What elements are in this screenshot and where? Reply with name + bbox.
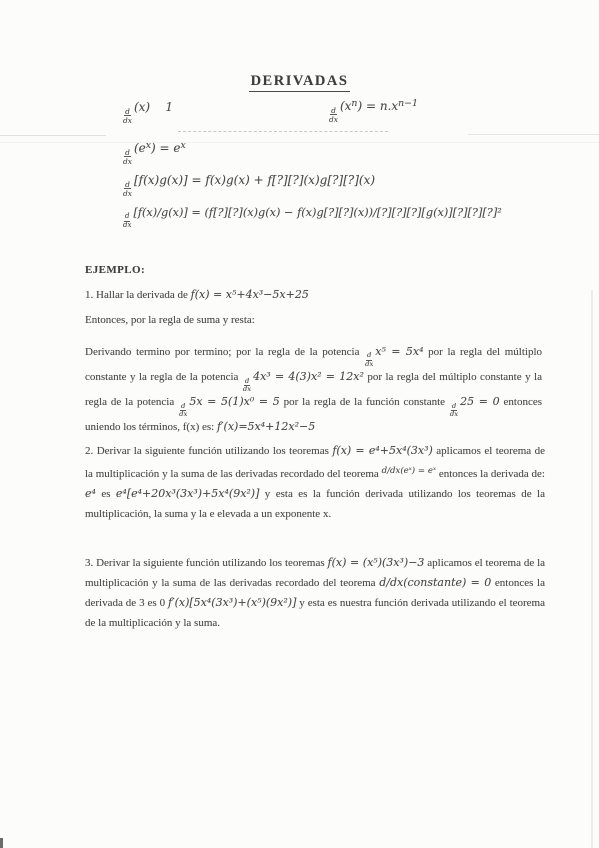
scan-artifact-line-left	[0, 135, 106, 136]
text-run: por la regla de la función constante	[280, 396, 449, 408]
inline-math: [f(x)g(x)] = f(x)g(x) + f[?][?](x)g[?][?…	[134, 173, 375, 187]
fraction-d-dx: ddx	[450, 403, 458, 419]
inline-math: ) = e	[151, 141, 180, 155]
problem-3-paragraph: 3. Derivar la siguiente función utilizan…	[85, 553, 545, 633]
inline-math: n−1	[398, 98, 418, 109]
fraction-d-dx: ddx	[123, 181, 132, 198]
formula-identity-rule: ddx(x) 1	[122, 100, 173, 125]
formula-quotient-rule: ddx[f(x)/g(x)] = (f[?][?](x)g(x) − f(x)g…	[122, 206, 502, 230]
inline-math: 4x³ = 4(3)x² = 12x²	[253, 370, 364, 383]
scan-artifact-line-wide	[0, 142, 599, 143]
text-run: Derivando termino por termino; por la re…	[85, 346, 364, 358]
inline-math: 5x = 5(1)x⁰ = 5	[189, 395, 279, 408]
inline-math: e⁴[e⁴+20x³(3x³)+5x⁴(9x²)]	[116, 487, 259, 500]
fraction-d-dx: ddx	[123, 213, 131, 229]
scan-artifact-corner-mark	[0, 838, 3, 848]
text-run: entonces la derivada de:	[436, 468, 545, 480]
scan-artifact-line-right	[468, 134, 599, 135]
problem-2-paragraph: 2. Derivar la siguiente función utilizan…	[85, 441, 545, 524]
problem-1-intro: Entonces, por la regla de suma y resta:	[85, 314, 255, 326]
document-title: DERIVADAS	[249, 73, 351, 92]
inline-math: ) = n.x	[357, 99, 398, 113]
text-run: es	[96, 488, 116, 500]
problem-1-statement: 1. Hallar la derivada de f(x) = x⁵+4x³−5…	[85, 288, 309, 301]
inline-math: d/dx(eˣ) = eˣ	[382, 466, 436, 476]
text-run: 2. Derivar la siguiente función utilizan…	[85, 445, 332, 457]
formula-power-rule: ddx(xn) = n.xn−1	[328, 98, 418, 124]
text-run: 1. Hallar la derivada de	[85, 289, 191, 301]
fraction-d-dx: ddx	[243, 378, 251, 394]
inline-math: x⁵ = 5x⁴	[375, 345, 423, 358]
inline-math: e⁴	[85, 487, 96, 500]
inline-math: d/dx(constante) = 0	[379, 576, 491, 589]
inline-math: (e	[134, 141, 146, 155]
scan-artifact-dashed-line	[178, 131, 388, 132]
inline-math: f′(x)[5x⁴(3x³)+(x⁵)(9x²)]	[168, 596, 296, 609]
inline-math: [f(x)/g(x)] = (f[?][?](x)g(x) − f(x)g[?]…	[133, 206, 501, 219]
inline-math: (x	[340, 99, 351, 113]
title-row: DERIVADAS	[0, 72, 599, 92]
inline-math: f(x) = (x⁵)(3x³)−3	[328, 556, 425, 569]
scan-artifact-page-edge	[591, 290, 593, 848]
inline-math: (x) 1	[134, 100, 173, 114]
fraction-d-dx: ddx	[179, 403, 187, 419]
example-heading: EJEMPLO:	[85, 264, 145, 276]
formula-product-rule: ddx[f(x)g(x)] = f(x)g(x) + f[?][?](x)g[?…	[122, 173, 375, 198]
inline-math: f(x) = x⁵+4x³−5x+25	[191, 288, 309, 301]
inline-math: x	[181, 140, 186, 151]
formula-exponential-rule: ddx(ex) = ex	[122, 140, 186, 166]
problem-1-solution-paragraph: Derivando termino por termino; por la re…	[85, 343, 542, 437]
fraction-d-dx: ddx	[365, 352, 373, 368]
fraction-d-dx: ddx	[123, 149, 132, 166]
scanned-document-page: DERIVADAS ddx(x) 1 ddx(xn) = n.xn−1 ddx(…	[0, 0, 599, 848]
inline-math: f′(x)=5x⁴+12x²−5	[217, 420, 315, 433]
inline-math: f(x) = e⁴+5x⁴(3x³)	[332, 444, 432, 457]
inline-math: 25 = 0	[460, 395, 500, 408]
text-run: 3. Derivar la siguiente función utilizan…	[85, 557, 328, 569]
fraction-d-dx: ddx	[123, 108, 132, 125]
fraction-d-dx: ddx	[329, 107, 338, 124]
